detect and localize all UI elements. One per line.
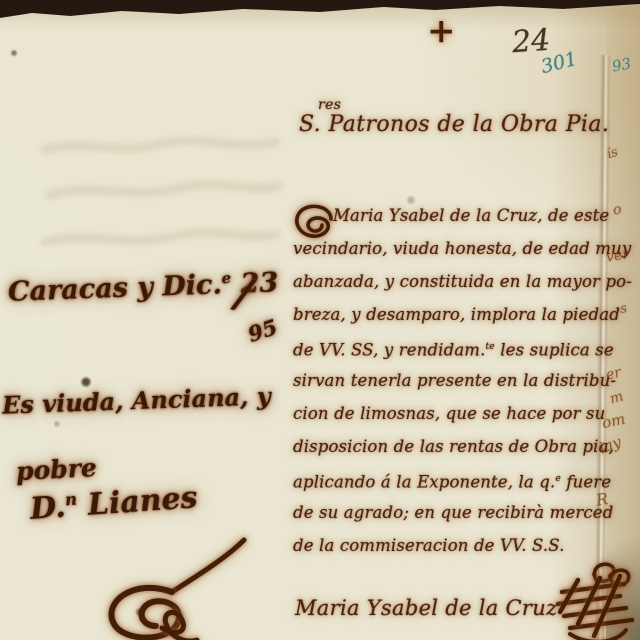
registration-cross-icon: + [427,11,456,51]
signature-rubric-icon [548,560,638,640]
corner-number-fragment: 93 [611,54,633,75]
petition-line: breza, y desamparo, implora la piedad [293,298,632,331]
petition-line: vecindario, viuda honesta, de edad muy [293,232,632,265]
petition-superscript: te [486,342,495,352]
header-title: Patronos de la Obra Pia. [321,112,609,137]
petition-line: de la commiseracion de VV. S.S. [293,529,632,562]
petition-text-segment: de VV. SS, y rendidam. [293,341,486,360]
petition-line: aplicando á la Exponente, la q.e fuere [293,463,632,496]
bleedthrough-writing-icon [40,130,280,280]
petition-text-segment: fuere [561,473,611,492]
manuscript-photo: ís o ver -s er m om iay R + 24 301 93 re… [0,0,640,640]
header-salutation: resS. Patronos de la Obra Pia. [299,112,609,137]
petition-text-segment: les suplica se [495,341,614,360]
official-abbreviation: D. [29,489,67,526]
petition-line: cion de limosnas, que se hace por su [293,397,632,430]
petition-line: abanzada, y constituida en la mayor po- [293,265,632,298]
petition-line: Maria Ysabel de la Cruz, de este [293,199,632,232]
petitioner-signature: Maria Ysabel de la Cruz [295,596,557,620]
header-abbreviation: S. [299,112,321,137]
petition-paragraph: Maria Ysabel de la Cruz, de este vecinda… [293,199,632,562]
petition-line: de VV. SS, y rendidam.te les suplica se [293,331,632,364]
header-superscript: res [318,97,341,113]
margin-note-line2: pobre [15,453,97,486]
petition-line: disposicion de las rentas de Obra pia, [293,430,632,463]
petition-text-segment: aplicando á la Exponente, la q. [293,473,555,492]
official-rubric-icon [92,540,252,640]
petition-line: de su agrado; en que recibirà merced [293,496,632,529]
petition-line: sirvan tenerla presente en la distribu- [293,364,632,397]
